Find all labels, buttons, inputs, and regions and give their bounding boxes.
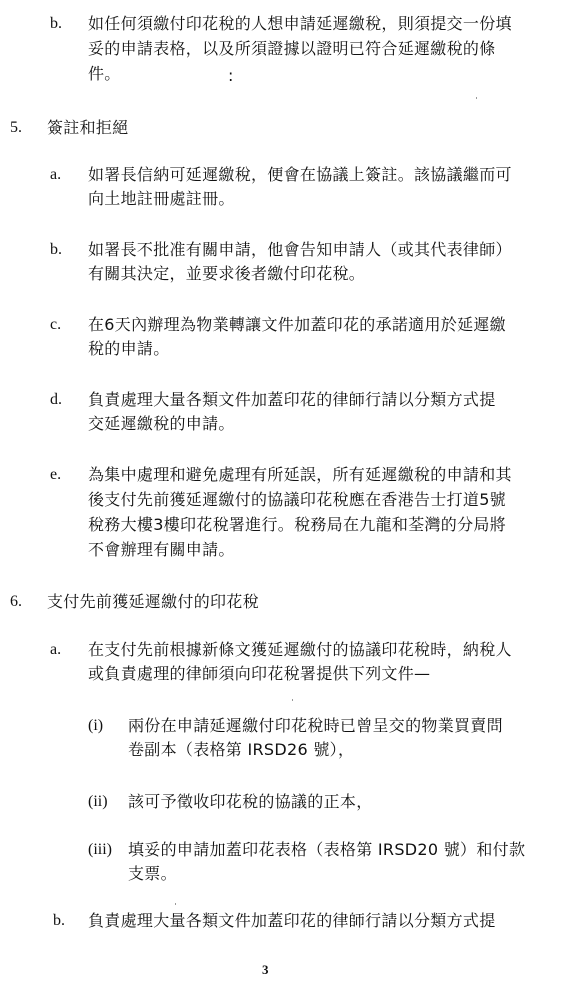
paragraph-line: 稅務大樓3樓印花稅署進行。稅務局在九龍和荃灣的分局將: [88, 515, 506, 535]
paragraph-line: 填妥的申請加蓋印花表格（表格第 IRSD20 號）和付款: [128, 840, 525, 860]
paragraph-line: 如署長信納可延遲繳稅，便會在協議上簽註。該協議繼而可: [88, 165, 512, 185]
paragraph-line: 該可予徵收印花稅的協議的正本，: [128, 792, 373, 812]
item-label: d.: [50, 390, 62, 410]
item-label: c.: [50, 315, 61, 335]
section-title: 簽註和拒絕: [47, 118, 129, 138]
subitem-label: (iii): [88, 840, 112, 860]
page-number: 3: [262, 962, 269, 978]
scan-speck: [292, 699, 293, 701]
item-label: a.: [50, 640, 61, 660]
paragraph-line: 卷副本（表格第 IRSD26 號），: [128, 740, 354, 760]
paragraph-line: 稅的申請。: [88, 339, 170, 359]
paragraph-line: 後支付先前獲延遲繳付的協議印花稅應在香港告士打道5號: [88, 490, 506, 510]
paragraph-line: 不會辦理有關申請。: [88, 540, 235, 560]
paragraph-line: 支票。: [128, 864, 177, 884]
stray-mark: :: [228, 66, 234, 86]
item-label: e.: [50, 465, 61, 485]
paragraph-line: 妥的申請表格，以及所須證據以證明已符合延遲繳稅的條: [88, 39, 496, 59]
paragraph-line: 負責處理大量各類文件加蓋印花的律師行請以分類方式提: [88, 911, 496, 931]
paragraph-line: 件。: [88, 64, 121, 84]
section-number: 6.: [10, 592, 22, 612]
paragraph-line: 在6天內辦理為物業轉讓文件加蓋印花的承諾適用於延遲繳: [88, 315, 506, 335]
section-title: 支付先前獲延遲繳付的印花稅: [47, 592, 259, 612]
section-number: 5.: [10, 118, 22, 138]
scan-speck: [476, 97, 477, 99]
paragraph-line: 向土地註冊處註冊。: [88, 189, 235, 209]
scan-speck: [175, 903, 176, 905]
subitem-label: (i): [88, 716, 103, 736]
paragraph-line: 如署長不批准有關申請，他會告知申請人（或其代表律師）: [88, 240, 512, 260]
paragraph-line: 負責處理大量各類文件加蓋印花的律師行請以分類方式提: [88, 390, 496, 410]
subitem-label: (ii): [88, 792, 108, 812]
paragraph-line: 或負責處理的律師須向印花稅署提供下列文件—: [88, 664, 430, 684]
paragraph-line: 如任何須繳付印花稅的人想申請延遲繳稅，則須提交一份填: [88, 14, 512, 34]
item-label: b.: [50, 240, 62, 260]
paragraph-line: 為集中處理和避免處理有所延誤，所有延遲繳稅的申請和其: [88, 465, 512, 485]
item-label: b.: [53, 911, 65, 931]
paragraph-line: 兩份在申請延遲繳付印花稅時已曾呈交的物業買賣問: [128, 716, 503, 736]
item-label: b.: [50, 14, 62, 34]
paragraph-line: 有關其決定，並要求後者繳付印花稅。: [88, 264, 365, 284]
item-label: a.: [50, 165, 61, 185]
paragraph-line: 在支付先前根據新條文獲延遲繳付的協議印花稅時，納稅人: [88, 640, 512, 660]
paragraph-line: 交延遲繳稅的申請。: [88, 414, 235, 434]
